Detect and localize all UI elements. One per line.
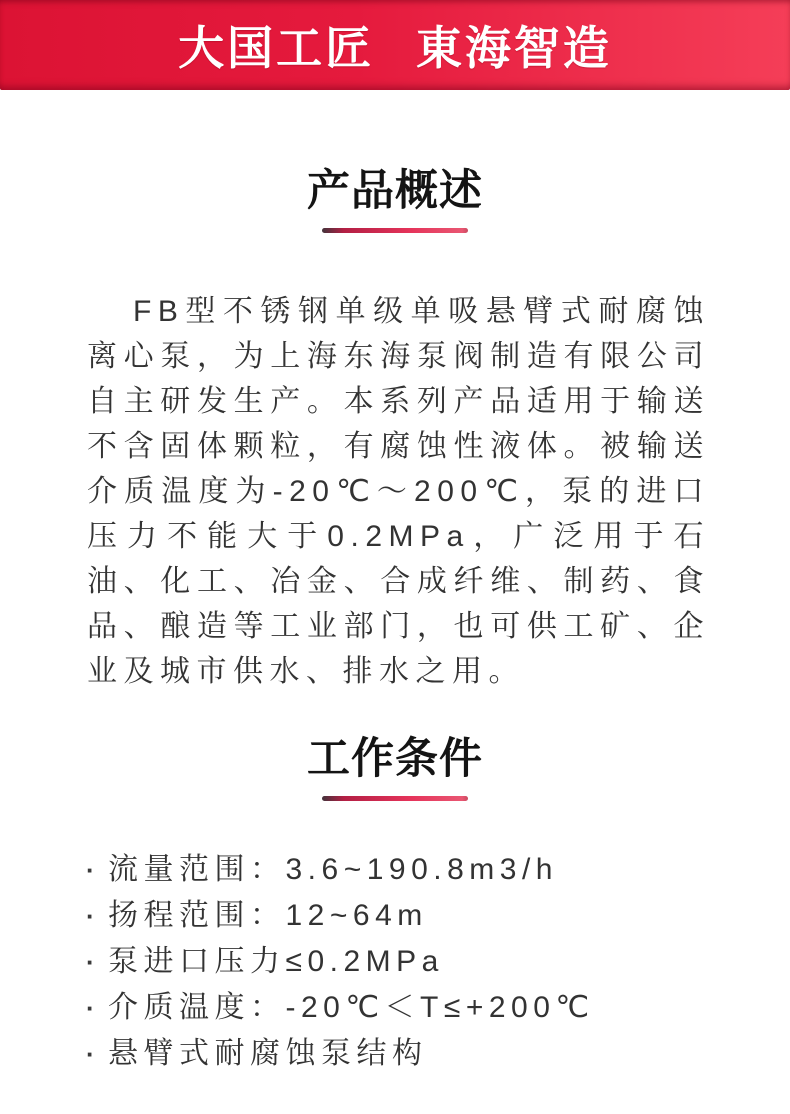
spec-item-flow-range: · 流量范围：3.6~190.8m3/h (86, 847, 790, 893)
bullet-icon: · (86, 940, 108, 985)
section-product-overview: 产品概述 FB型不锈钢单级单吸悬臂式耐腐蚀离心泵，为上海东海泵阀制造有限公司自主… (0, 170, 790, 694)
spec-item-text: 流量范围：3.6~190.8m3/h (108, 847, 558, 892)
overview-paragraph: FB型不锈钢单级单吸悬臂式耐腐蚀离心泵，为上海东海泵阀制造有限公司自主研发生产。… (87, 289, 710, 694)
spec-list: · 流量范围：3.6~190.8m3/h · 扬程范围：12~64m · 泵进口… (0, 847, 790, 1077)
spec-item-structure: · 悬臂式耐腐蚀泵结构 (86, 1031, 790, 1077)
title-underline-decoration (322, 796, 468, 801)
section-working-conditions: 工作条件 · 流量范围：3.6~190.8m3/h · 扬程范围：12~64m … (0, 738, 790, 1077)
page-content: 产品概述 FB型不锈钢单级单吸悬臂式耐腐蚀离心泵，为上海东海泵阀制造有限公司自主… (0, 170, 790, 1077)
spec-item-medium-temperature: · 介质温度：-20℃＜T≤+200℃ (86, 985, 790, 1031)
bullet-icon: · (86, 986, 108, 1031)
spec-item-inlet-pressure: · 泵进口压力≤0.2MPa (86, 939, 790, 985)
banner-title: 大国工匠 東海智造 (178, 12, 612, 78)
spec-item-head-range: · 扬程范围：12~64m (86, 893, 790, 939)
overview-section-title: 产品概述 (0, 170, 790, 213)
bullet-icon: · (86, 848, 108, 893)
spec-item-text: 泵进口压力≤0.2MPa (108, 939, 444, 984)
title-underline-decoration (322, 228, 468, 233)
bullet-icon: · (86, 1032, 108, 1077)
bullet-icon: · (86, 894, 108, 939)
spec-item-text: 介质温度：-20℃＜T≤+200℃ (108, 985, 595, 1030)
conditions-section-title: 工作条件 (0, 738, 790, 781)
spec-item-text: 扬程范围：12~64m (108, 893, 428, 938)
spec-item-text: 悬臂式耐腐蚀泵结构 (108, 1031, 428, 1076)
top-banner: 大国工匠 東海智造 (0, 0, 790, 90)
